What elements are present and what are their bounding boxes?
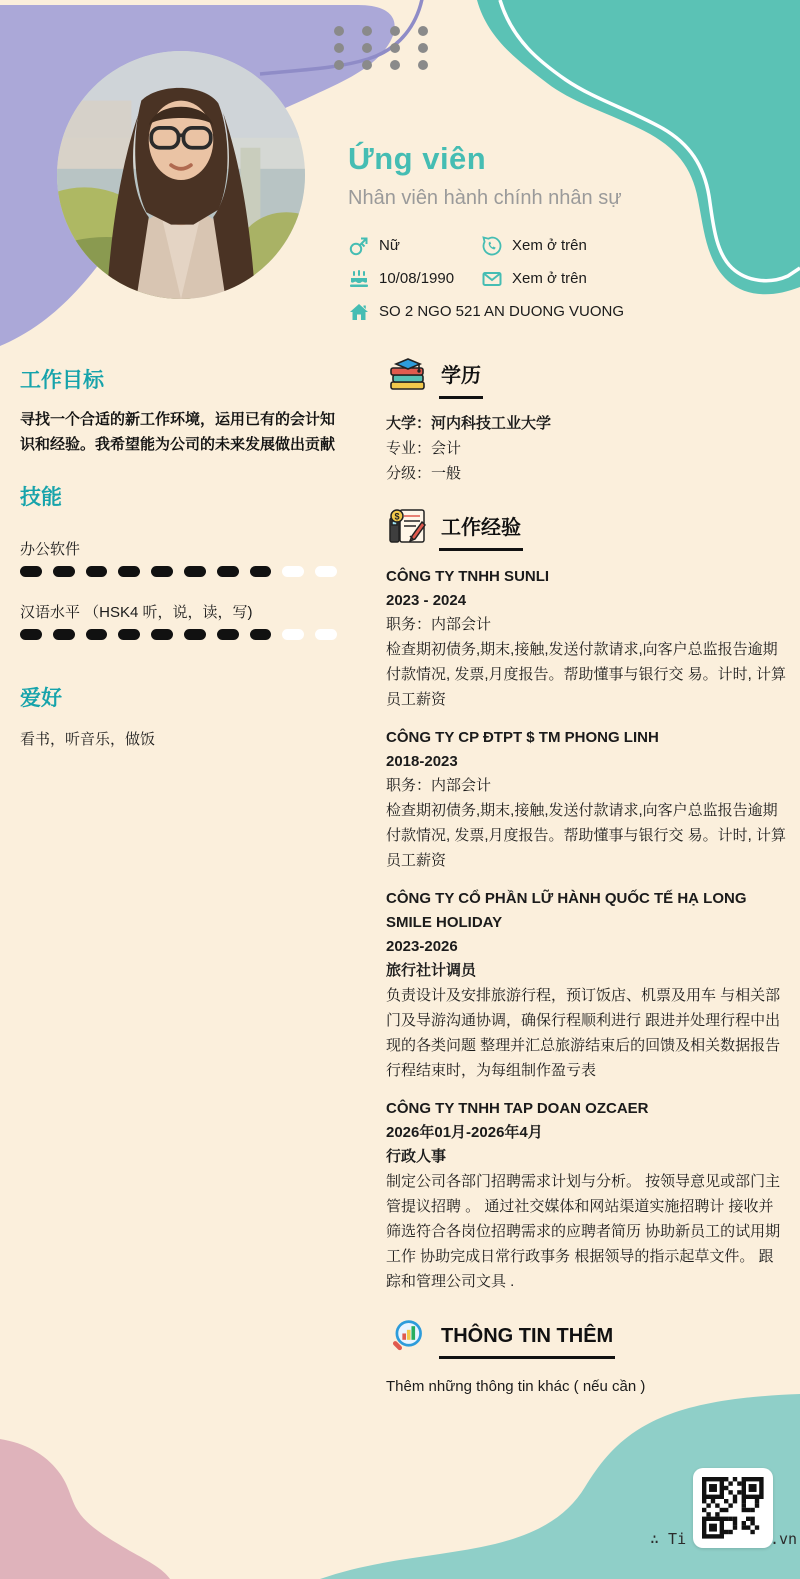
hobbies-text: 看书，听音乐，做饭: [20, 728, 348, 749]
pink-blob-decoration: [0, 1439, 190, 1579]
gender-value: Nữ: [379, 237, 400, 254]
email-icon: [481, 268, 503, 290]
profile-photo: [57, 51, 305, 299]
contact-row: SO 2 NGO 521 AN DUONG VUONG: [348, 295, 778, 328]
hobbies-heading: 爱好: [20, 682, 348, 712]
dot-decoration: [334, 26, 344, 36]
candidate-name: Ứng viên: [348, 141, 486, 177]
level-dash-empty: [282, 629, 304, 640]
contact-info: Nữ Xem ở trên 10/08/1990 Xem ở trên: [348, 229, 778, 328]
level-dash-empty: [315, 629, 337, 640]
dot-decoration: [334, 43, 344, 53]
more-info-heading: THÔNG TIN THÊM: [439, 1318, 615, 1359]
dot-decoration: [390, 43, 400, 53]
level-dash-filled: [151, 629, 173, 640]
skills-heading: 技能: [20, 481, 348, 511]
level-dash-filled: [20, 566, 42, 577]
dot-decoration: [334, 60, 344, 70]
skill-label: 办公软件: [20, 538, 348, 559]
svg-text:$: $: [394, 512, 399, 522]
level-dash-filled: [53, 566, 75, 577]
email-value: Xem ở trên: [512, 270, 587, 287]
job-period: 2018-2023: [386, 750, 786, 774]
job-description: 负责设计及安排旅游行程，预订饭店、机票及用车 与相关部门及导游沟通协调，确保行程…: [386, 983, 786, 1083]
dot-decoration: [362, 60, 372, 70]
job-role: 行政人事: [386, 1145, 786, 1169]
dot-decoration: [418, 26, 428, 36]
phone-field: Xem ở trên: [481, 235, 587, 257]
education-line: 专业：会计: [386, 436, 786, 461]
level-dash-filled: [118, 566, 140, 577]
experience-jobs: CÔNG TY TNHH SUNLI 2023 - 2024 职务：内部会计 检…: [386, 565, 786, 1294]
dot-decoration: [362, 43, 372, 53]
dot-decoration: [390, 26, 400, 36]
level-dash-filled: [217, 629, 239, 640]
birthday-field: 10/08/1990: [348, 268, 481, 290]
job-description: 检查期初债务,期末,接触,发送付款请求,向客户总监报告逾期付款情况, 发票,月度…: [386, 798, 786, 873]
experience-job: CÔNG TY CỔ PHẦN LỮ HÀNH QUỐC TẾ HẠ LONG …: [386, 887, 786, 1083]
experience-job: CÔNG TY TNHH TAP DOAN OZCAER 2026年01月-20…: [386, 1097, 786, 1294]
job-company: CÔNG TY CỔ PHẦN LỮ HÀNH QUỐC TẾ HẠ LONG …: [386, 887, 786, 935]
level-dash-filled: [86, 629, 108, 640]
skill-item: 汉语水平 （HSK4 听，说，读，写): [20, 601, 348, 640]
cv-page: Ứng viên Nhân viên hành chính nhân sự Nữ…: [0, 0, 800, 1579]
education-heading: 学历: [439, 352, 483, 399]
level-dash-filled: [250, 629, 272, 640]
level-dash-empty: [315, 566, 337, 577]
candidate-title: Nhân viên hành chính nhân sự: [348, 187, 622, 210]
skill-level-bar: [20, 566, 348, 577]
address-field: SO 2 NGO 521 AN DUONG VUONG: [348, 301, 624, 323]
home-icon: [348, 301, 370, 323]
level-dash-filled: [217, 566, 239, 577]
job-company: CÔNG TY TNHH TAP DOAN OZCAER: [386, 1097, 786, 1121]
level-dash-filled: [53, 629, 75, 640]
job-period: 2026年01月-2026年4月: [386, 1121, 786, 1145]
dot-decoration: [362, 26, 372, 36]
job-role: 职务：内部会计: [386, 774, 786, 798]
gender-icon: [348, 235, 370, 257]
education-section-header: 学历: [386, 352, 786, 399]
phone-value: Xem ở trên: [512, 237, 587, 254]
level-dash-filled: [184, 566, 206, 577]
job-description: 检查期初债务,期末,接触,发送付款请求,向客户总监报告逾期付款情况, 发票,月度…: [386, 637, 786, 712]
birthday-cake-icon: [348, 268, 370, 290]
experience-section-header: $ 工作经验: [386, 504, 786, 551]
address-value: SO 2 NGO 521 AN DUONG VUONG: [379, 303, 624, 320]
job-role: 职务：内部会计: [386, 613, 786, 637]
job-company: CÔNG TY TNHH SUNLI: [386, 565, 786, 589]
gender-field: Nữ: [348, 235, 481, 257]
document-pencil-calculator-icon: $: [386, 504, 430, 548]
dot-decoration: [418, 60, 428, 70]
left-column: 工作目标 寻找一个合适的新工作环境，运用已有的会计知识和经验。我希望能为公司的未…: [20, 364, 348, 749]
contact-row: Nữ Xem ở trên: [348, 229, 778, 262]
level-dash-empty: [282, 566, 304, 577]
job-role: 旅行社计调员: [386, 959, 786, 983]
job-description: 制定公司各部门招聘需求计划与分析。 按领导意见或部门主管提议招聘 。 通过社交媒…: [386, 1169, 786, 1294]
skill-level-bar: [20, 629, 348, 640]
level-dash-filled: [184, 629, 206, 640]
dot-decoration: [418, 43, 428, 53]
books-graduation-icon: [386, 352, 430, 396]
experience-heading: 工作经验: [439, 504, 523, 551]
phone-bubble-icon: [481, 235, 503, 257]
experience-job: CÔNG TY TNHH SUNLI 2023 - 2024 职务：内部会计 检…: [386, 565, 786, 712]
experience-job: CÔNG TY CP ĐTPT $ TM PHONG LINH 2018-202…: [386, 726, 786, 873]
email-field: Xem ở trên: [481, 268, 587, 290]
watermark-text-right: .vn: [770, 1530, 797, 1548]
job-period: 2023-2026: [386, 935, 786, 959]
dot-decoration: [390, 60, 400, 70]
skill-item: 办公软件: [20, 538, 348, 577]
birthday-value: 10/08/1990: [379, 270, 454, 287]
education-line: 分级：一般: [386, 461, 786, 486]
education-line: 大学：河内科技工业大学: [386, 411, 786, 436]
skill-label: 汉语水平 （HSK4 听，说，读，写): [20, 601, 348, 622]
more-info-text: Thêm những thông tin khác ( nếu cần ): [386, 1378, 786, 1395]
level-dash-filled: [118, 629, 140, 640]
job-period: 2023 - 2024: [386, 589, 786, 613]
objective-text: 寻找一个合适的新工作环境，运用已有的会计知识和经验。我希望能为公司的未来发展做出…: [20, 407, 348, 457]
more-info-section-header: THÔNG TIN THÊM: [386, 1318, 786, 1362]
contact-row: 10/08/1990 Xem ở trên: [348, 262, 778, 295]
skills-list: 办公软件 汉语水平 （HSK4 听，说，读，写): [20, 538, 348, 640]
qr-code: [693, 1468, 773, 1548]
watermark-text-left: ∴ Ti: [650, 1530, 686, 1548]
level-dash-filled: [250, 566, 272, 577]
job-company: CÔNG TY CP ĐTPT $ TM PHONG LINH: [386, 726, 786, 750]
level-dash-filled: [151, 566, 173, 577]
objective-heading: 工作目标: [20, 364, 348, 394]
level-dash-filled: [20, 629, 42, 640]
magnifier-chart-icon: [386, 1318, 430, 1362]
right-column: 学历 大学：河内科技工业大学专业：会计分级：一般 $ 工作经验 CÔNG TY …: [386, 352, 786, 1395]
education-lines: 大学：河内科技工业大学专业：会计分级：一般: [386, 411, 786, 486]
level-dash-filled: [86, 566, 108, 577]
